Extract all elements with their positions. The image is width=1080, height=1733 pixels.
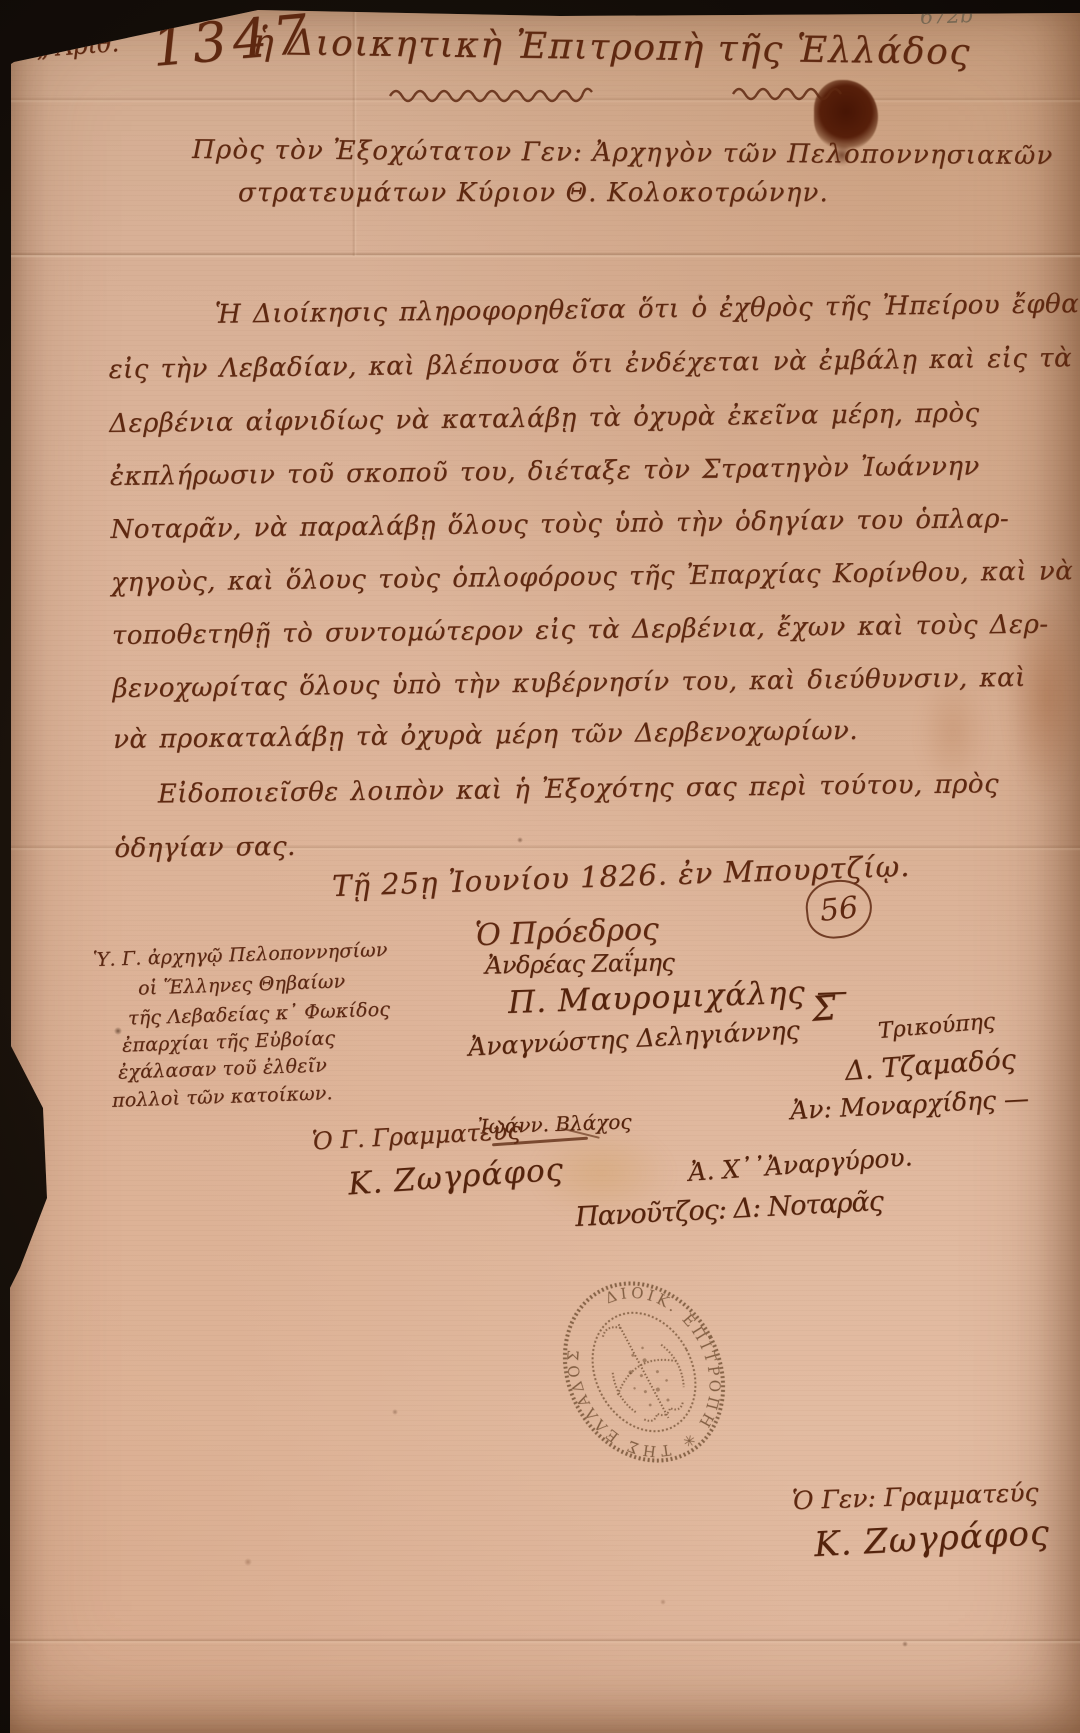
signature-trikoupis-initial: Σ [811,991,837,1027]
seal-stipple [618,1343,677,1413]
archive-number-pencil: 672b [920,5,974,28]
issuing-authority-title: ἡ Διοικητικὴ Ἐπιτροπὴ τῆς Ἑλλάδος [252,25,971,71]
photo-of-document: { "colors": { "background": "#17100a", "… [0,0,1080,1733]
addressee-line2: στρατευμάτων Κύριον Θ. Κολοκοτρώνην. [238,180,829,206]
document-paper: 672b „ Ἀριθ. 1347 ἡ Διοικητικὴ Ἐπιτροπὴ … [0,0,1080,1733]
president-title: Ὁ Πρόεδρος [475,915,660,951]
body-line: ὁδηγίαν σας. [114,834,296,862]
title-underline-squiggle [388,84,858,106]
signature-zaimis: Ἀνδρέας Ζαΐμης [485,950,675,977]
register-label: „ Ἀριθ. [35,31,119,61]
filing-number: 56 [818,890,860,929]
addressee-line1: Πρὸς τὸν Ἐξοχώτατον Γεν: Ἀρχηγὸν τῶν Πελ… [192,137,1054,169]
seal-phoenix-emblem [588,1307,698,1433]
